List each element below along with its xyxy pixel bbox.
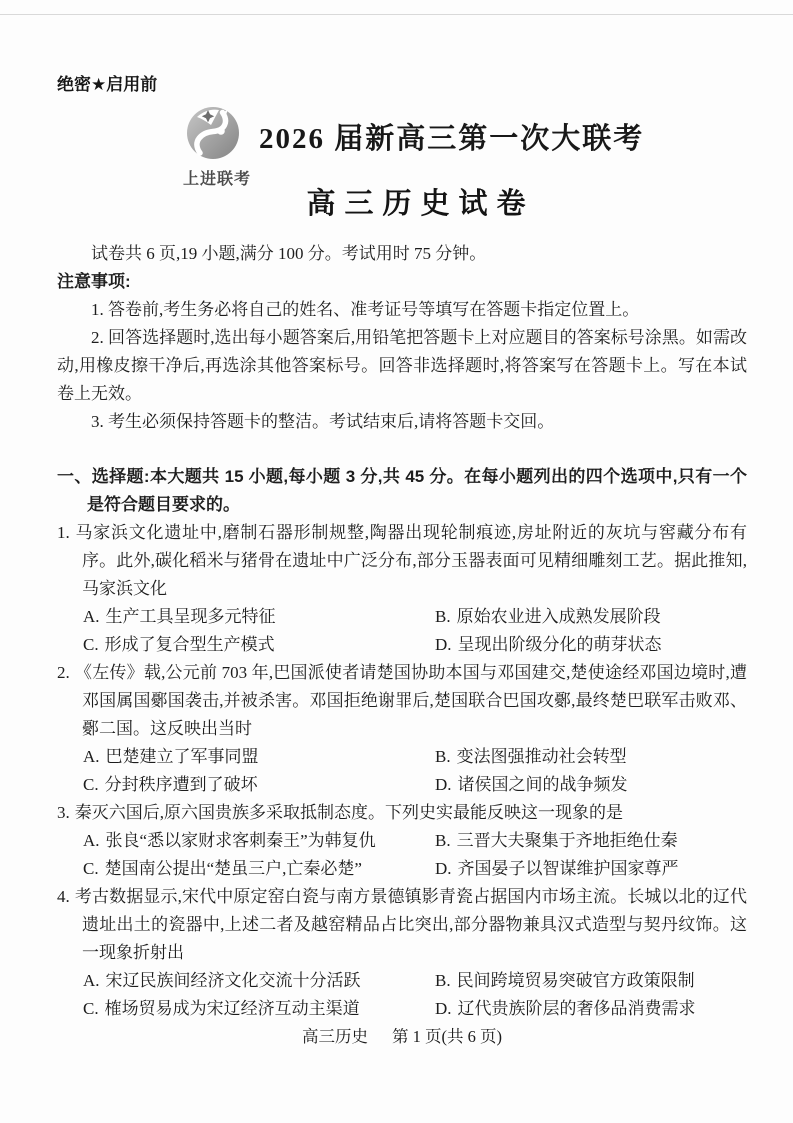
option-text: 宋辽民族间经济文化交流十分活跃: [106, 971, 361, 990]
option-row: A.巴楚建立了军事同盟 B.变法图强推动社会转型: [57, 743, 747, 771]
question-number: 2.: [57, 663, 70, 682]
option-label: D.: [435, 635, 452, 654]
option-label: B.: [435, 747, 451, 766]
question-stem: 1.马家浜文化遗址中,磨制石器形制规整,陶器出现轮制痕迹,房址附近的灰坑与窖藏分…: [57, 519, 747, 603]
question-block-3: 3.秦灭六国后,原六国贵族多采取抵制态度。下列史实最能反映这一现象的是 A.张良…: [57, 799, 747, 883]
exam-paper-page: 绝密★启用前 上进联考 2026 届新高三第一次大联考 高三历史试卷 试卷共 6…: [0, 0, 793, 1123]
option-text: 生产工具呈现多元特征: [106, 607, 276, 626]
option-text: 呈现出阶级分化的萌芽状态: [458, 635, 662, 654]
option-label: B.: [435, 831, 451, 850]
question-stem: 2.《左传》载,公元前 703 年,巴国派使者请楚国协助本国与邓国建交,楚使途经…: [57, 659, 747, 743]
option-label: A.: [83, 747, 100, 766]
option-text: 巴楚建立了军事同盟: [106, 747, 259, 766]
option-label: C.: [83, 859, 99, 878]
question-block-2: 2.《左传》载,公元前 703 年,巴国派使者请楚国协助本国与邓国建交,楚使途经…: [57, 659, 747, 799]
option-text: 张良“悉以家财求客刺秦王”为韩复仇: [106, 831, 376, 850]
option-row: C.榷场贸易成为宋辽经济互动主渠道 D.辽代贵族阶层的奢侈品消费需求: [57, 995, 747, 1023]
option-c: C.形成了复合型生产模式: [83, 631, 435, 659]
option-text: 分封秩序遭到了破坏: [105, 775, 258, 794]
option-text: 形成了复合型生产模式: [105, 635, 275, 654]
paper-info: 试卷共 6 页,19 小题,满分 100 分。考试用时 75 分钟。: [57, 240, 747, 268]
option-row: A.宋辽民族间经济文化交流十分活跃 B.民间跨境贸易突破官方政策限制: [57, 967, 747, 995]
option-c: C.榷场贸易成为宋辽经济互动主渠道: [83, 995, 435, 1023]
option-b: B.变法图强推动社会转型: [435, 743, 747, 771]
question-stem: 4.考古数据显示,宋代中原定窑白瓷与南方景德镇影青瓷占据国内市场主流。长城以北的…: [57, 883, 747, 967]
footer-course: 高三历史: [302, 1027, 368, 1046]
option-label: A.: [83, 607, 100, 626]
exam-brand-logo: 上进联考: [183, 106, 243, 189]
option-a: A.张良“悉以家财求客刺秦王”为韩复仇: [83, 827, 435, 855]
scan-artifact-line: [0, 14, 793, 15]
question-text: 马家浜文化遗址中,磨制石器形制规整,陶器出现轮制痕迹,房址附近的灰坑与窖藏分布有…: [75, 523, 747, 598]
option-label: A.: [83, 971, 100, 990]
question-number: 3.: [57, 803, 70, 822]
question-text: 考古数据显示,宋代中原定窑白瓷与南方景德镇影青瓷占据国内市场主流。长城以北的辽代…: [75, 887, 747, 962]
question-number: 1.: [57, 523, 70, 542]
question-text: 秦灭六国后,原六国贵族多采取抵制态度。下列史实最能反映这一现象的是: [75, 803, 623, 822]
option-b: B.三晋大夫聚集于齐地拒绝仕秦: [435, 827, 747, 855]
option-label: B.: [435, 971, 451, 990]
question-block-4: 4.考古数据显示,宋代中原定窑白瓷与南方景德镇影青瓷占据国内市场主流。长城以北的…: [57, 883, 747, 1023]
notice-item-1: 1. 答卷前,考生务必将自己的姓名、准考证号等填写在答题卡指定位置上。: [57, 296, 747, 324]
option-label: D.: [435, 859, 452, 878]
option-text: 民间跨境贸易突破官方政策限制: [457, 971, 695, 990]
notice-title: 注意事项:: [57, 268, 747, 296]
option-c: C.分封秩序遭到了破坏: [83, 771, 435, 799]
notice-item-2: 2. 回答选择题时,选出每小题答案后,用铅笔把答题卡上对应题目的答案标号涂黑。如…: [57, 324, 747, 408]
option-b: B.原始农业进入成熟发展阶段: [435, 603, 747, 631]
option-text: 齐国晏子以智谋维护国家尊严: [458, 859, 679, 878]
section-heading: 一、选择题:本大题共 15 小题,每小题 3 分,共 45 分。在每小题列出的四…: [57, 463, 747, 519]
question-text: 《左传》载,公元前 703 年,巴国派使者请楚国协助本国与邓国建交,楚使途经邓国…: [75, 663, 747, 738]
question-block-1: 1.马家浜文化遗址中,磨制石器形制规整,陶器出现轮制痕迹,房址附近的灰坑与窖藏分…: [57, 519, 747, 659]
option-row: C.分封秩序遭到了破坏 D.诸侯国之间的战争频发: [57, 771, 747, 799]
option-a: A.巴楚建立了军事同盟: [83, 743, 435, 771]
option-c: C.楚国南公提出“楚虽三户,亡秦必楚”: [83, 855, 435, 883]
page-footer: 高三历史第 1 页(共 6 页): [57, 1023, 747, 1051]
security-label: 绝密★启用前: [57, 70, 157, 95]
option-text: 楚国南公提出“楚虽三户,亡秦必楚”: [105, 859, 362, 878]
option-label: C.: [83, 635, 99, 654]
option-d: D.齐国晏子以智谋维护国家尊严: [435, 855, 747, 883]
option-a: A.生产工具呈现多元特征: [83, 603, 435, 631]
option-row: A.生产工具呈现多元特征 B.原始农业进入成熟发展阶段: [57, 603, 747, 631]
option-label: B.: [435, 607, 451, 626]
shangjin-logo-icon: [185, 106, 241, 160]
option-text: 榷场贸易成为宋辽经济互动主渠道: [105, 999, 360, 1018]
exam-title: 2026 届新高三第一次大联考: [259, 116, 644, 157]
option-b: B.民间跨境贸易突破官方政策限制: [435, 967, 747, 995]
footer-page-number: 第 1 页(共 6 页): [392, 1027, 502, 1046]
option-d: D.辽代贵族阶层的奢侈品消费需求: [435, 995, 747, 1023]
option-d: D.诸侯国之间的战争频发: [435, 771, 747, 799]
paper-body: 试卷共 6 页,19 小题,满分 100 分。考试用时 75 分钟。 注意事项:…: [57, 240, 747, 1051]
option-text: 三晋大夫聚集于齐地拒绝仕秦: [457, 831, 678, 850]
paper-title: 高三历史试卷: [0, 181, 793, 222]
option-text: 变法图强推动社会转型: [457, 747, 627, 766]
option-label: C.: [83, 775, 99, 794]
option-text: 辽代贵族阶层的奢侈品消费需求: [458, 999, 696, 1018]
option-label: D.: [435, 775, 452, 794]
option-row: C.形成了复合型生产模式 D.呈现出阶级分化的萌芽状态: [57, 631, 747, 659]
option-a: A.宋辽民族间经济文化交流十分活跃: [83, 967, 435, 995]
question-stem: 3.秦灭六国后,原六国贵族多采取抵制态度。下列史实最能反映这一现象的是: [57, 799, 747, 827]
option-row: C.楚国南公提出“楚虽三户,亡秦必楚” D.齐国晏子以智谋维护国家尊严: [57, 855, 747, 883]
question-number: 4.: [57, 887, 70, 906]
option-label: A.: [83, 831, 100, 850]
option-row: A.张良“悉以家财求客刺秦王”为韩复仇 B.三晋大夫聚集于齐地拒绝仕秦: [57, 827, 747, 855]
option-text: 诸侯国之间的战争频发: [458, 775, 628, 794]
option-d: D.呈现出阶级分化的萌芽状态: [435, 631, 747, 659]
option-text: 原始农业进入成熟发展阶段: [457, 607, 661, 626]
option-label: D.: [435, 999, 452, 1018]
notice-item-3: 3. 考生必须保持答题卡的整洁。考试结束后,请将答题卡交回。: [57, 408, 747, 436]
option-label: C.: [83, 999, 99, 1018]
